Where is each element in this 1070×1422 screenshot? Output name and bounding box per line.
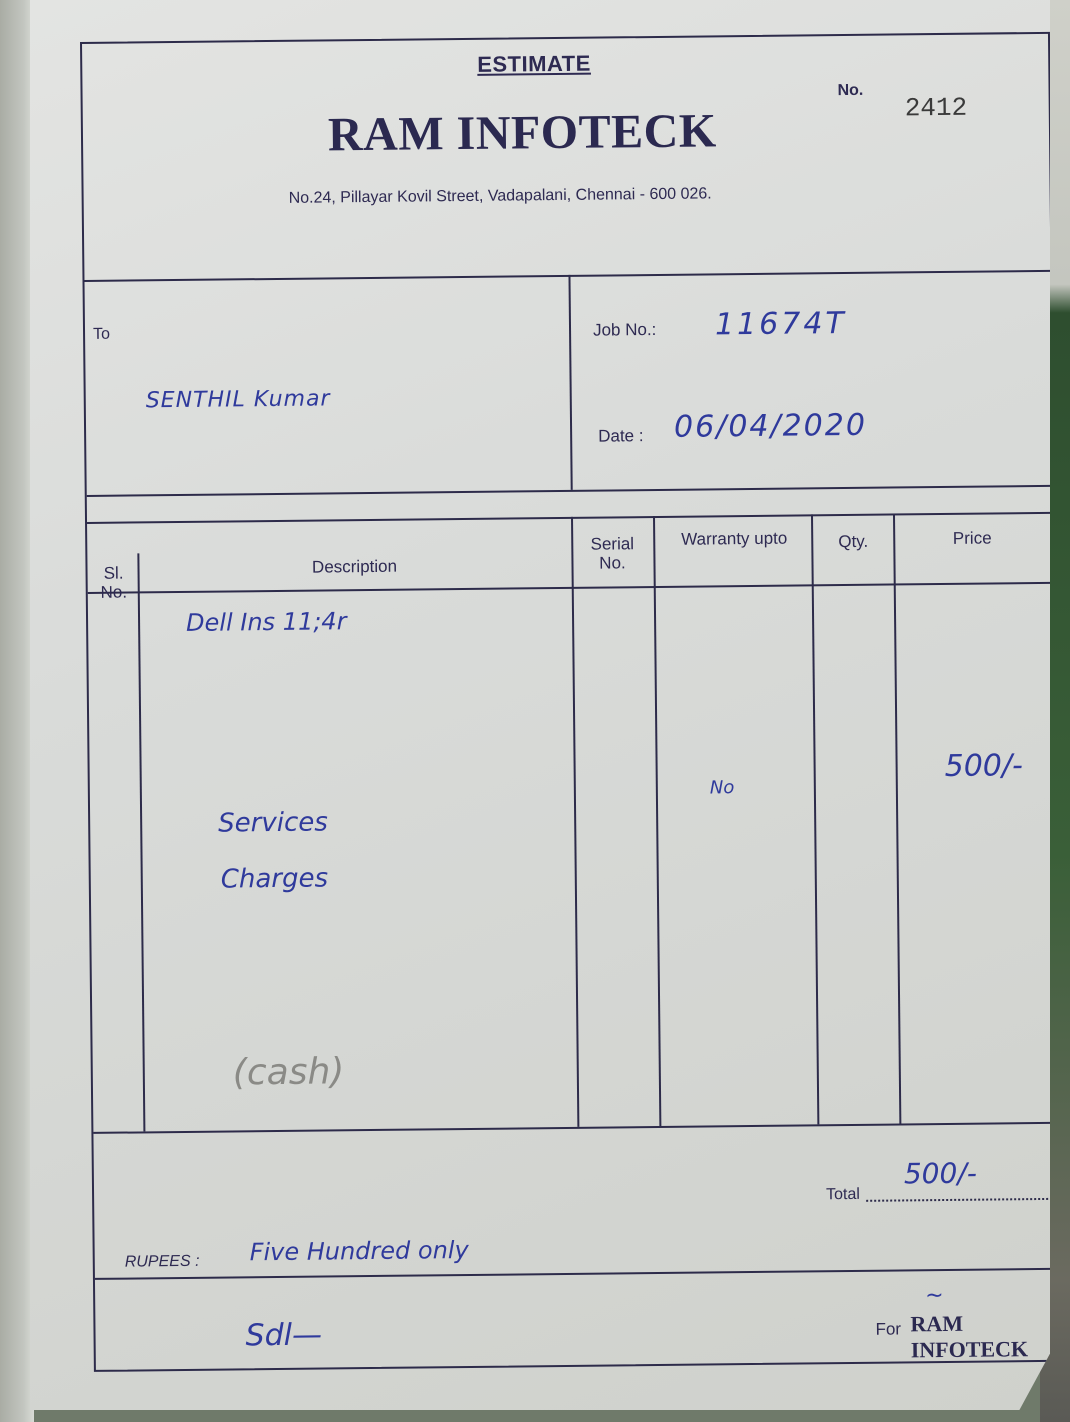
- col-header-warranty: Warranty upto: [659, 528, 809, 549]
- item-description-services: Services: [218, 807, 328, 838]
- estimate-form-frame: ESTIMATE No. 2412 RAM INFOTECK No.24, Pi…: [80, 32, 1064, 1372]
- item-payment-note: (cash): [233, 1051, 345, 1093]
- col-header-qty: Qty.: [815, 532, 891, 552]
- col-divider-warranty: [811, 514, 819, 1124]
- company-signature-scribble: ~: [925, 1283, 944, 1308]
- summary-bottom-border: [95, 1268, 1061, 1280]
- to-label: To: [93, 326, 110, 344]
- table-top-border: [87, 512, 1053, 524]
- col-divider-serial: [653, 516, 661, 1126]
- col-header-price: Price: [897, 528, 1047, 549]
- total-dotted-line: [866, 1192, 1056, 1202]
- col-divider-sl: [137, 553, 145, 1131]
- col-header-sl-no: Sl. No.: [93, 563, 133, 601]
- customer-signature: Sdl—: [245, 1318, 322, 1354]
- date-value: 06/04/2020: [674, 408, 867, 445]
- col-divider-description: [571, 517, 579, 1127]
- col-header-serial-no: Serial No.: [575, 534, 649, 573]
- col-header-description: Description: [139, 555, 569, 579]
- document-title: ESTIMATE: [477, 51, 591, 78]
- estimate-number-value: 2412: [905, 93, 968, 124]
- for-company-name: RAM INFOTECK: [910, 1310, 1062, 1364]
- rupees-in-words: Five Hundred only: [250, 1236, 469, 1266]
- background-left-edge: [0, 0, 34, 1422]
- rupees-label: RUPEES :: [125, 1253, 200, 1272]
- item-price: 500/-: [944, 748, 1023, 784]
- job-no-value: 11674T: [715, 306, 847, 342]
- total-value: 500/-: [904, 1157, 977, 1191]
- company-name: RAM INFOTECK: [328, 103, 717, 162]
- company-address: No.24, Pillayar Kovil Street, Vadapalani…: [289, 185, 712, 207]
- header-divider: [84, 270, 1050, 282]
- for-label: For: [875, 1319, 901, 1339]
- estimate-number-label: No.: [837, 82, 863, 100]
- customer-job-divider: [568, 275, 572, 490]
- customer-name: SENTHIL Kumar: [146, 386, 331, 413]
- date-label: Date :: [598, 426, 644, 446]
- item-description-product: Dell Ins 11;4r: [186, 607, 347, 637]
- estimate-paper: ESTIMATE No. 2412 RAM INFOTECK No.24, Pi…: [30, 0, 1050, 1410]
- total-label: Total: [826, 1186, 860, 1204]
- item-description-charges: Charges: [221, 863, 329, 894]
- item-warranty: No: [710, 777, 735, 798]
- col-divider-qty: [893, 513, 901, 1123]
- job-no-label: Job No.:: [593, 320, 657, 341]
